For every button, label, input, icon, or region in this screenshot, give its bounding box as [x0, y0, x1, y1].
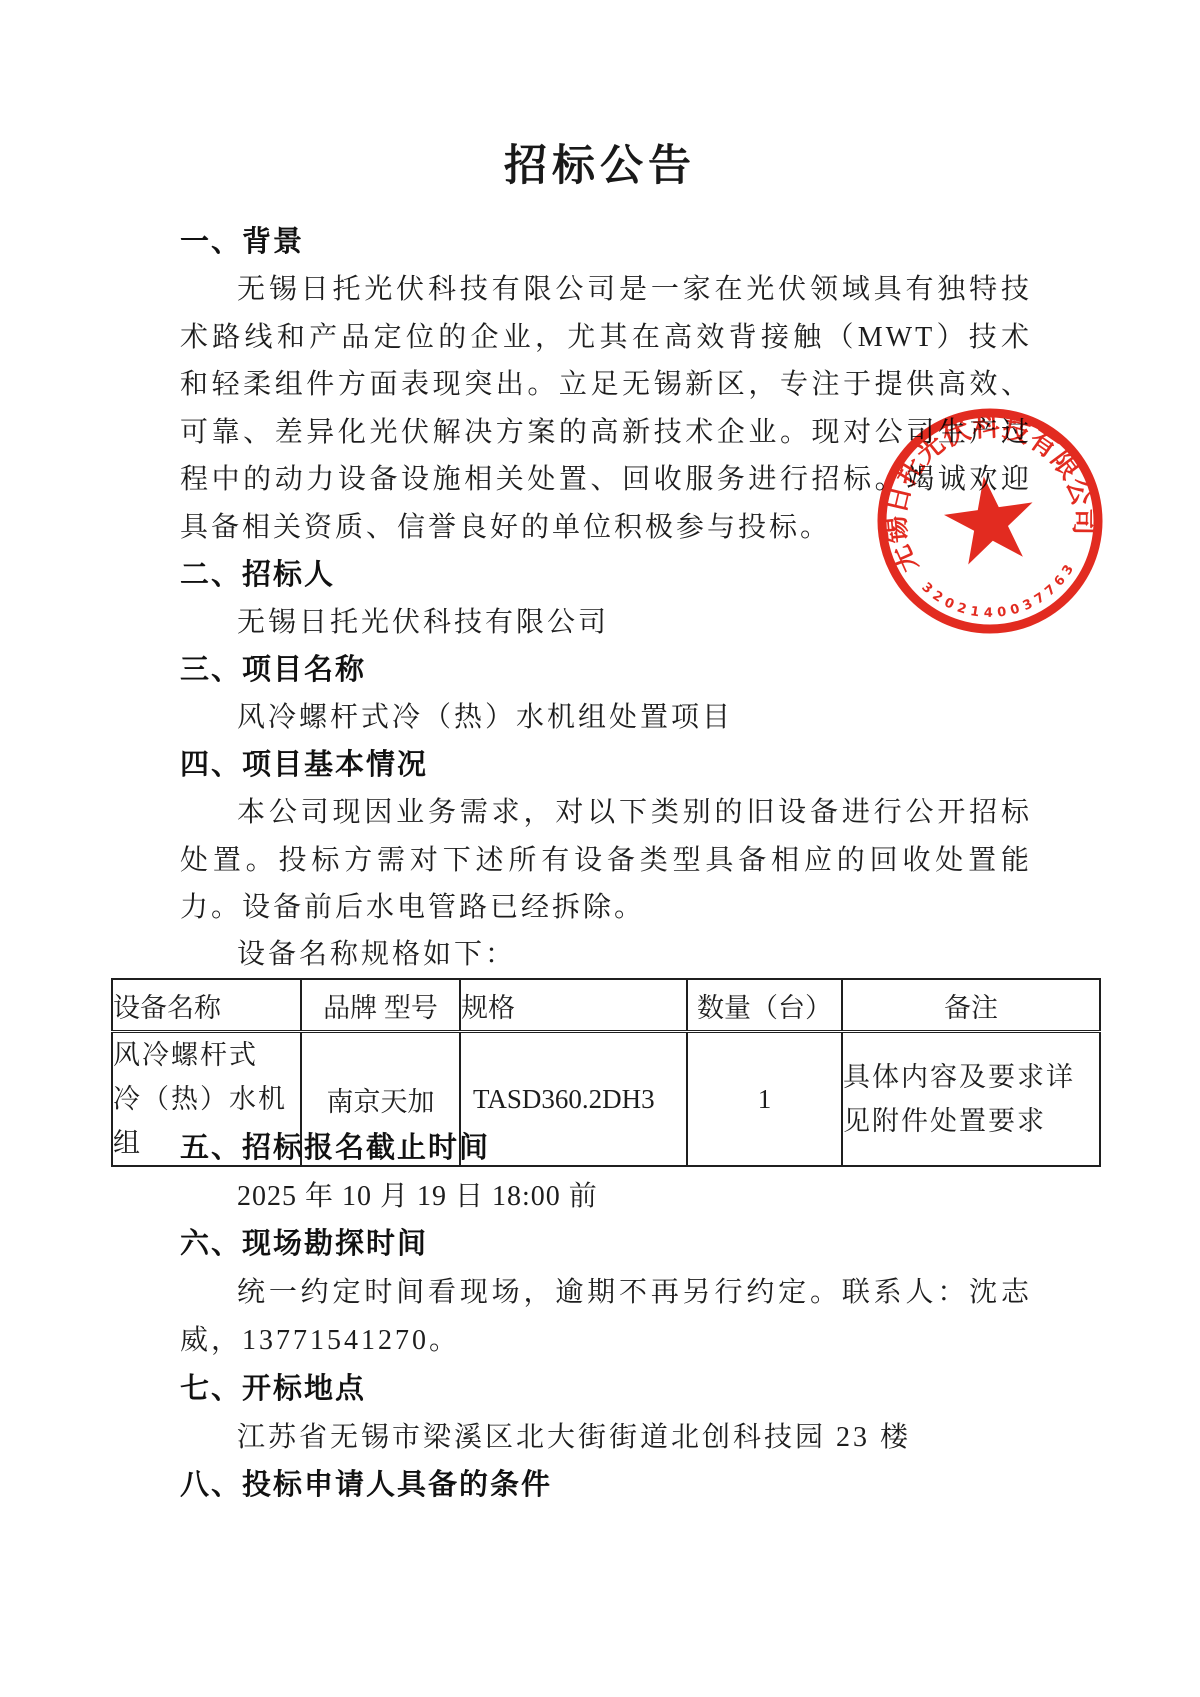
section-heading-site-survey-time: 六、现场勘探时间 — [180, 1226, 1060, 1262]
column-header-remarks: 备注 — [842, 979, 1100, 1032]
column-header-equipment-name: 设备名称 — [112, 979, 301, 1032]
equipment-table-header-row: 设备名称 品牌 型号 规格 数量（台） 备注 — [112, 979, 1100, 1032]
bid-opening-address: 江苏省无锡市梁溪区北大街街道北创科技园 23 楼 — [180, 1414, 1032, 1462]
background-paragraph: 无锡日托光伏科技有限公司是一家在光伏领域具有独特技术路线和产品定位的企业，尤其在… — [180, 266, 1032, 551]
registration-deadline: 2025 年 10 月 19 日 18:00 前 — [180, 1173, 1032, 1221]
section-heading-background: 一、背景 — [180, 224, 1060, 260]
tender-announcement-page: 招标公告 一、背景 无锡日托光伏科技有限公司是一家在光伏领域具有独特技术路线和产… — [0, 0, 1200, 1697]
project-name: 风冷螺杆式冷（热）水机组处置项目 — [180, 694, 1032, 742]
project-overview-paragraph: 本公司现因业务需求，对以下类别的旧设备进行公开招标处置。投标方需对下述所有设备类… — [180, 789, 1032, 932]
section-heading-registration-deadline: 五、招标报名截止时间 — [180, 1130, 1060, 1166]
tenderee-name: 无锡日托光伏科技有限公司 — [180, 599, 1032, 647]
section-heading-tenderee: 二、招标人 — [180, 557, 1060, 593]
equipment-spec-lead-in: 设备名称规格如下： — [180, 931, 1032, 979]
section-heading-bidder-qualifications: 八、投标申请人具备的条件 — [180, 1467, 1060, 1503]
document-title: 招标公告 — [0, 142, 1200, 192]
section-heading-project-overview: 四、项目基本情况 — [180, 747, 1060, 783]
column-header-brand-model: 品牌 型号 — [301, 979, 460, 1032]
section-heading-project-name: 三、项目名称 — [180, 652, 1060, 688]
column-header-quantity: 数量（台） — [687, 979, 842, 1032]
column-header-spec: 规格 — [460, 979, 687, 1032]
section-heading-bid-opening-location: 七、开标地点 — [180, 1371, 1060, 1407]
site-survey-paragraph: 统一约定时间看现场，逾期不再另行约定。联系人：沈志威，13771541270。 — [180, 1269, 1032, 1364]
